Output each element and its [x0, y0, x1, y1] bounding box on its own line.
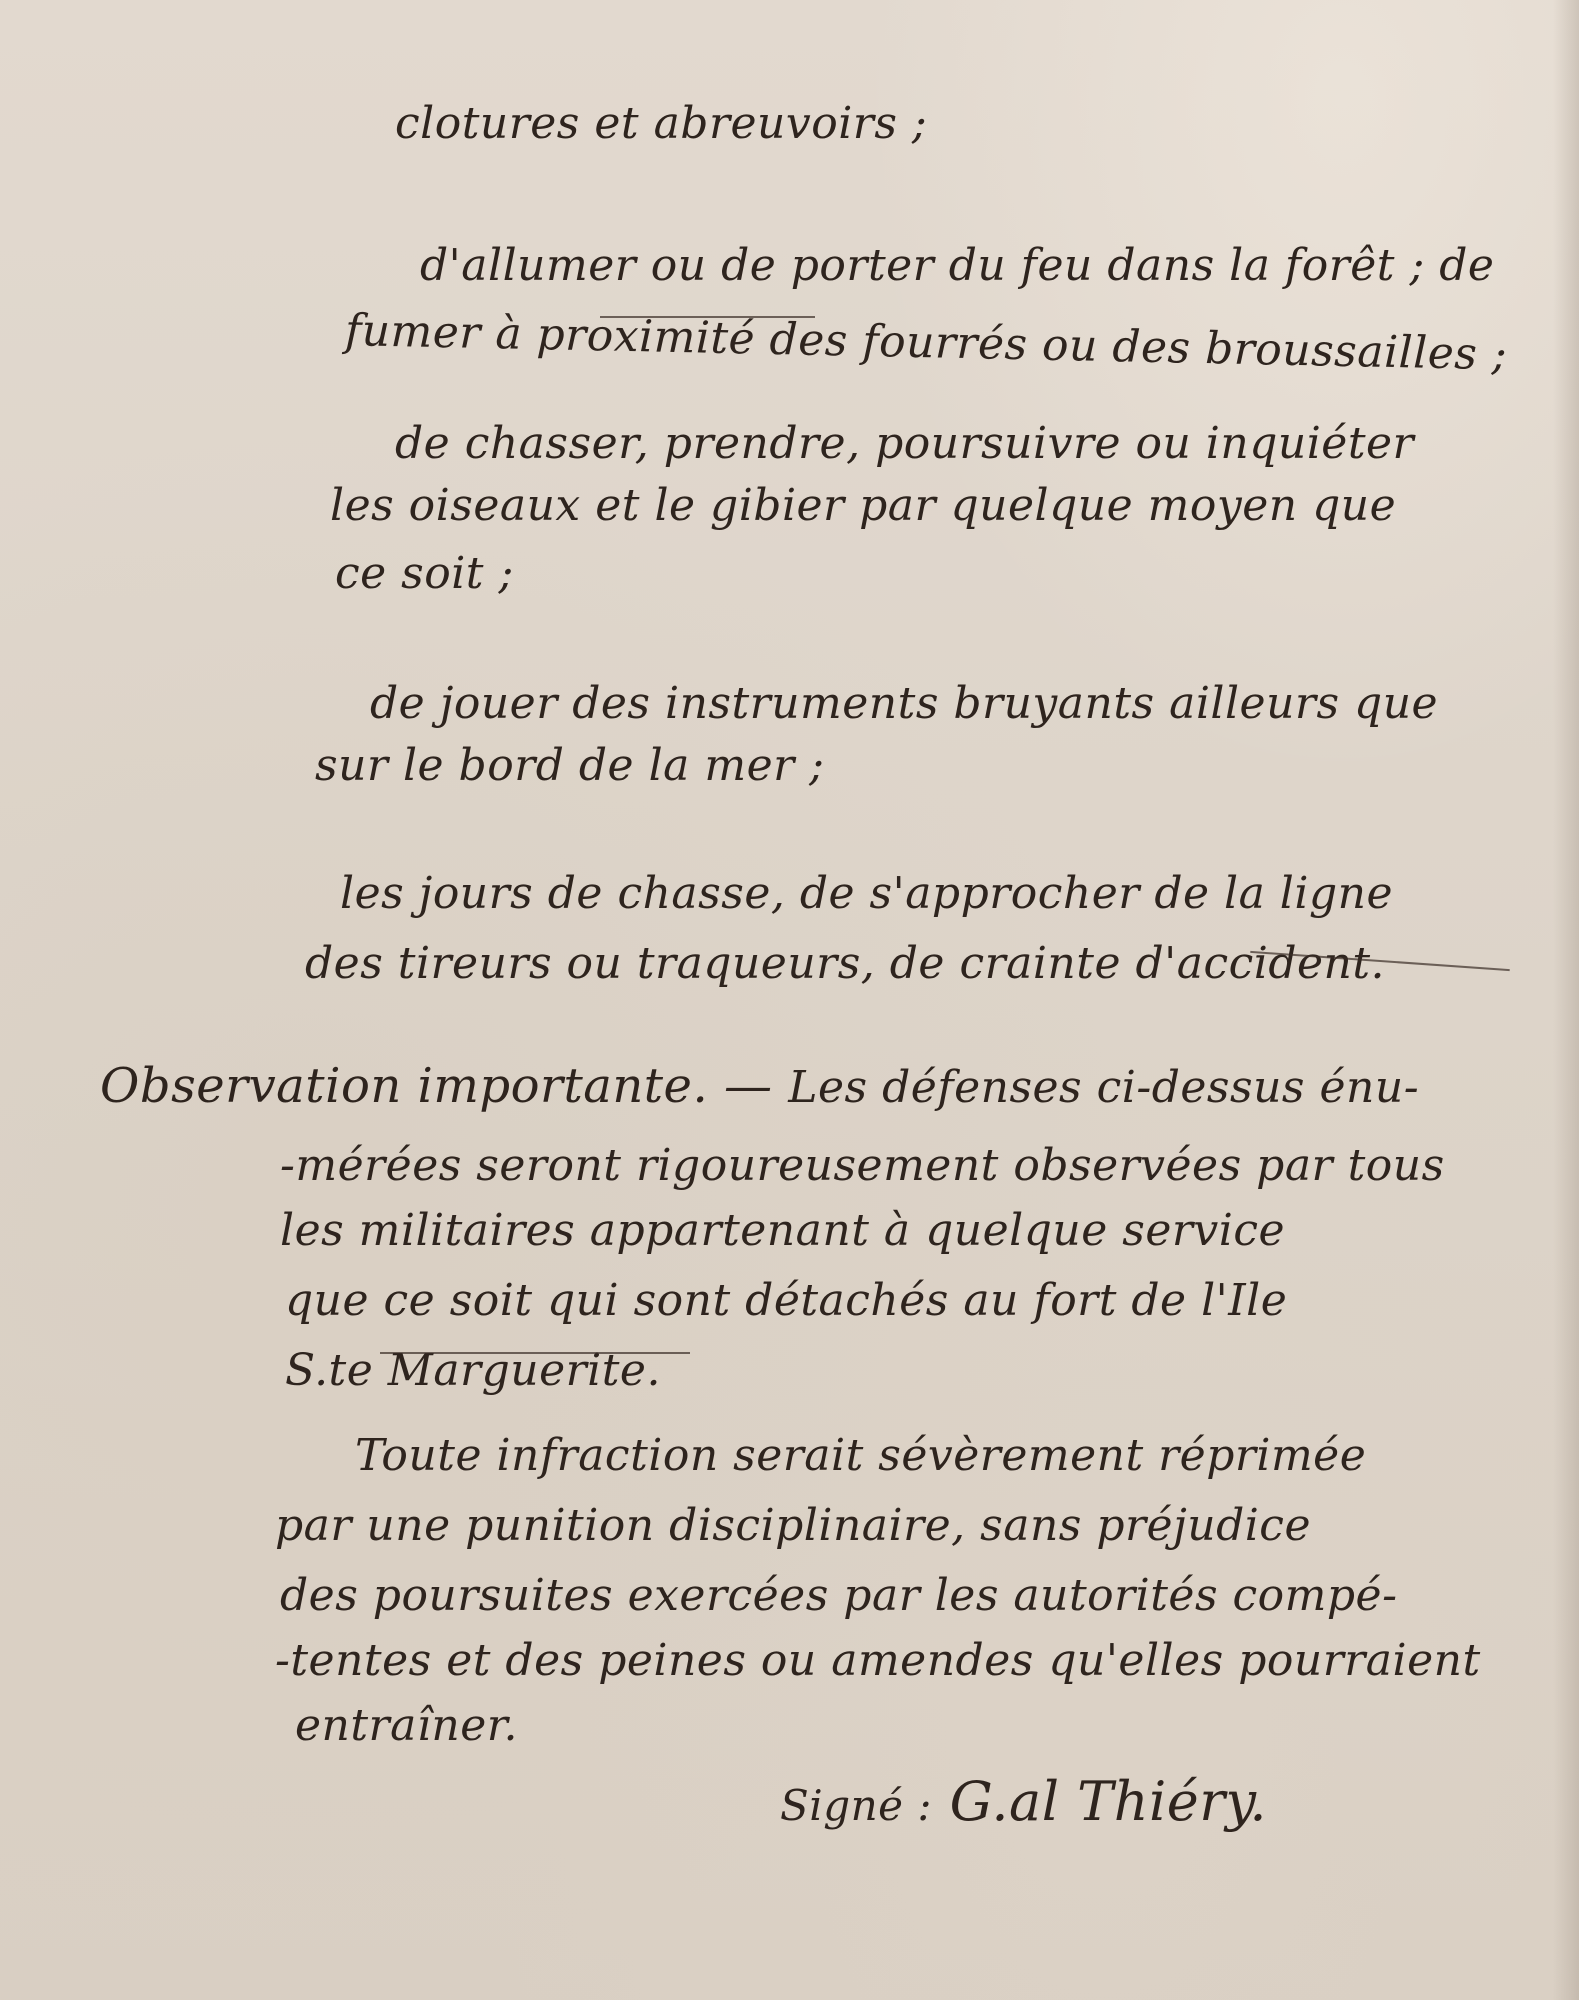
text-line: les militaires appartenant à quelque ser… — [280, 1205, 1285, 1256]
text-line: les oiseaux et le gibier par quelque moy… — [330, 480, 1396, 531]
observation-line: Les défenses ci-dessus énu- — [788, 1062, 1419, 1113]
text-line: que ce soit qui sont détachés au fort de… — [285, 1275, 1287, 1326]
text-line: de jouer des instruments bruyants ailleu… — [370, 678, 1438, 729]
text-line: d'allumer ou de porter du feu dans la fo… — [420, 240, 1494, 291]
text-line: clotures et abreuvoirs ; — [395, 98, 927, 149]
t-cross-stroke — [380, 1352, 690, 1354]
text-line: des tireurs ou traqueurs, de crainte d'a… — [305, 938, 1385, 989]
text-line: -tentes et des peines ou amendes qu'elle… — [275, 1635, 1481, 1686]
text-line: entraîner. — [295, 1700, 518, 1751]
text-line: sur le bord de la mer ; — [315, 740, 824, 791]
text-line: les jours de chasse, de s'approcher de l… — [340, 868, 1393, 919]
text-line: Toute infraction serait sévèrement répri… — [355, 1430, 1366, 1481]
text-line: des poursuites exercées par les autorité… — [280, 1570, 1397, 1621]
text-line: fumer à proximité des fourrés ou des bro… — [344, 305, 1507, 380]
observation-heading: Observation importante. — Les défenses c… — [100, 1058, 1419, 1114]
page-edge-shadow — [1553, 0, 1579, 2000]
text-line: par une punition disciplinaire, sans pré… — [275, 1500, 1311, 1551]
observation-dash: — — [724, 1058, 773, 1114]
signature-label: Signé : — [780, 1781, 932, 1830]
text-line: de chasser, prendre, poursuivre ou inqui… — [395, 418, 1414, 469]
handwritten-page: clotures et abreuvoirs ; d'allumer ou de… — [0, 0, 1579, 2000]
signature-name: G.al Thiéry. — [950, 1770, 1267, 1833]
text-line: ce soit ; — [335, 548, 514, 599]
observation-heading-text: Observation importante. — [100, 1058, 708, 1114]
t-cross-stroke — [600, 316, 815, 318]
text-line: -mérées seront rigoureusement observées … — [280, 1140, 1445, 1191]
signature-block: Signé : G.al Thiéry. — [780, 1770, 1267, 1833]
